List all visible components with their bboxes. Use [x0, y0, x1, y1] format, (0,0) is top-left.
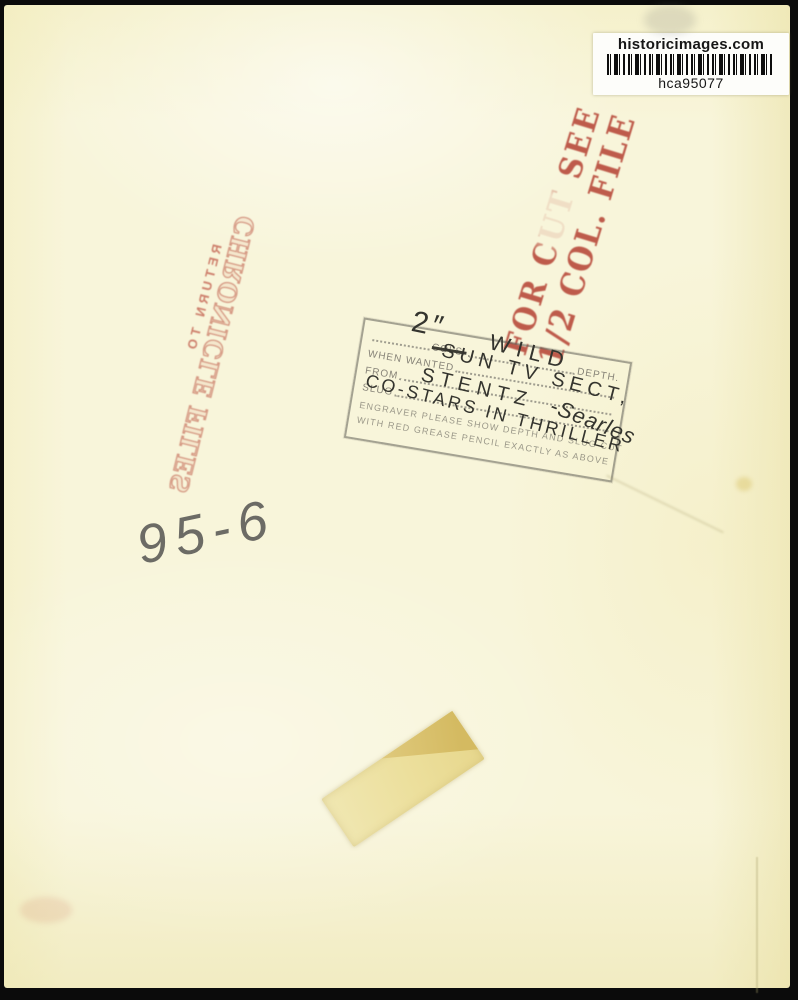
return-stamp-mirrored: RETURN TO CHRONICLE FILES — [153, 210, 269, 485]
tape-fold — [382, 711, 485, 807]
barcode-code-text: hca95077 — [658, 76, 724, 91]
tape-strip — [321, 711, 484, 847]
crease-line — [606, 475, 724, 534]
pencil-note: 95-6 — [131, 487, 281, 577]
smudge-mark — [644, 5, 696, 35]
photo-back-paper: historicimages.com hca95077 FOR CUT SEE … — [4, 5, 790, 988]
file-stamp: FOR CUT SEE 1/2 COL. FILE — [498, 71, 655, 371]
crease-line — [756, 857, 758, 993]
barcode-site-text: historicimages.com — [618, 37, 764, 53]
routing-stamp-box: COLS. DEPTH. WHEN WANTED FROM SLUG ENGRA… — [344, 317, 632, 482]
stain-spot — [736, 477, 752, 491]
barcode-icon — [607, 54, 775, 75]
smudge-mark — [20, 897, 72, 923]
